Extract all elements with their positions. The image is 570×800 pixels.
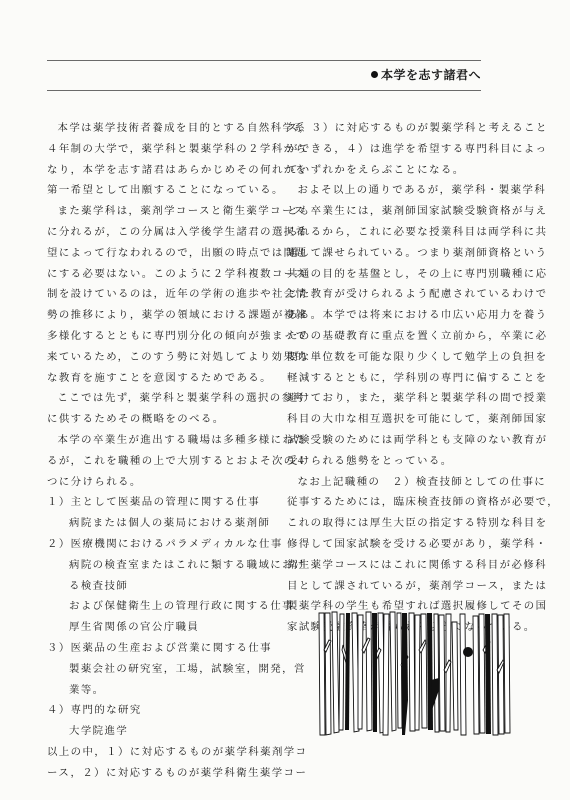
left-text-column: 本学は薬学技術者養成を目的とする自然科学系４年制の大学で，薬学科と製薬学科の２学… [47, 118, 279, 784]
text-line: ース，２）に対応するものが薬学科衛生薬学コー [47, 763, 279, 784]
text-line: 修得して国家試験を受ける必要があり，薬学科・ [287, 534, 519, 555]
text-line: ができる，４）は進学を希望する専門科目によっ [287, 139, 519, 160]
text-line: 試験受験のためには両学科とも支障のない教育が [287, 430, 519, 451]
text-line: 来ているため，このすう勢に対処してより効果的 [47, 347, 279, 368]
text-line: および保健衛生上の管理行政に関する仕事 [47, 596, 279, 617]
text-line: るが，これを職種の上で大別するとおよそ次の４ [47, 451, 279, 472]
text-line: 共通の目的を基盤とし，その上に専門別職種に応 [287, 264, 519, 285]
black-circle-bullet-icon [371, 71, 378, 78]
text-line: じた教育が受けられるよう配慮されているわけで [287, 284, 519, 305]
text-line: 第一希望として出願することになっている。 [47, 180, 279, 201]
text-line: ４年制の大学で，薬学科と製薬学科の２学科から [47, 139, 279, 160]
text-line: また薬学科は，薬剤学コースと衛生薬学コース [47, 201, 279, 222]
text-line: 病院の検査室またはこれに類する職域におけ [47, 555, 279, 576]
text-line: 大学院進学 [47, 721, 279, 742]
text-line: 要な単位数を可能な限り少くして勉学上の負担を [287, 347, 519, 368]
text-line: ある。本学では将来における巾広い応用力を養う [287, 305, 519, 326]
text-line: 本学は薬学技術者養成を目的とする自然科学系 [47, 118, 279, 139]
text-line: 受けられる態勢をとっている。 [287, 451, 519, 472]
header-rule-bottom [47, 90, 481, 91]
section-title: 本学を志す諸君へ [360, 66, 481, 83]
text-line: 避けており，また，薬学科と製薬学科の間で授業 [287, 388, 519, 409]
text-line: １）主として医薬品の管理に関する仕事 [47, 492, 279, 513]
text-line: ここでは先ず，薬学科と製薬学科の選択の参考 [47, 388, 279, 409]
text-line: 業等。 [47, 680, 279, 701]
text-line: な教育を施すことを意図するためである。 [47, 368, 279, 389]
text-line: 目として課されているが，薬剤学コース，または [287, 576, 519, 597]
text-line: る検査技師 [47, 576, 279, 597]
text-line: 本学の卒業生が進出する職場は多種多様にわた [47, 430, 279, 451]
text-line: られるから，これに必要な授業科目は両学科に共 [287, 222, 519, 243]
text-line: 勢の推移により，薬学の領域における課題が複雑 [47, 305, 279, 326]
text-line: 軽減するとともに，学科別の専門に偏することを [287, 368, 519, 389]
text-line: 病院または個人の薬局における薬剤師 [47, 513, 279, 534]
text-line: ２）医療機関におけるパラメディカルな仕事 [47, 534, 279, 555]
section-title-text: 本学を志す諸君へ [381, 68, 481, 82]
text-line: 望によって行なわれるので，出願の時点では問題 [47, 243, 279, 264]
text-line: およそ以上の通りであるが，薬学科・製薬学科 [287, 180, 519, 201]
text-line: 厚生省関係の官公庁職員 [47, 617, 279, 638]
text-line: に分れるが，この分属は入学後学生諸君の選択希 [47, 222, 279, 243]
text-line: つに分けられる。 [47, 472, 279, 493]
text-line: ための基礎教育に重点を置く立前から，卒業に必 [287, 326, 519, 347]
text-line: 制を設けているのは，近年の学術の進歩や社会情 [47, 284, 279, 305]
text-line: とも卒業生には，薬剤師国家試験受験資格が与え [287, 201, 519, 222]
text-line: に供するためその概略をのべる。 [47, 409, 279, 430]
text-line: 通して課せられている。つまり薬剤師資格という [287, 243, 519, 264]
text-line: なお上記職種の ２）検査技師としての仕事に [287, 472, 519, 493]
text-line: 衛生薬学コースにはこれに関係する科目が必修科 [287, 555, 519, 576]
right-text-column: ス，３）に対応するものが製薬学科と考えることができる，４）は進学を希望する専門科… [287, 118, 519, 638]
text-line: 多様化するとともに専門別分化の傾向が強まって [47, 326, 279, 347]
text-line: これの取得には厚生大臣の指定する特別な科目を [287, 513, 519, 534]
text-line: 従事するためには，臨床検査技師の資格が必要で， [287, 492, 519, 513]
text-line: ３）医薬品の生産および営業に関する仕事 [47, 638, 279, 659]
text-line: なり，本学を志す諸君はあらかじめその何れかを [47, 160, 279, 181]
text-line: ていずれかをえらぶことになる。 [287, 160, 519, 181]
text-line: 製薬会社の研究室，工場，試験室，開発，営 [47, 659, 279, 680]
text-line: 科目の大巾な相互選択を可能にして，薬剤師国家 [287, 409, 519, 430]
text-line: にする必要はない。このように２学科複数コース [47, 264, 279, 285]
text-line: 以上の中，１）に対応するものが薬学科薬剤学コ [47, 742, 279, 763]
text-line: ４）専門的な研究 [47, 700, 279, 721]
text-line: ス，３）に対応するものが製薬学科と考えること [287, 118, 519, 139]
tree-trunks-illustration [315, 610, 515, 740]
header-rule-top [47, 60, 481, 61]
